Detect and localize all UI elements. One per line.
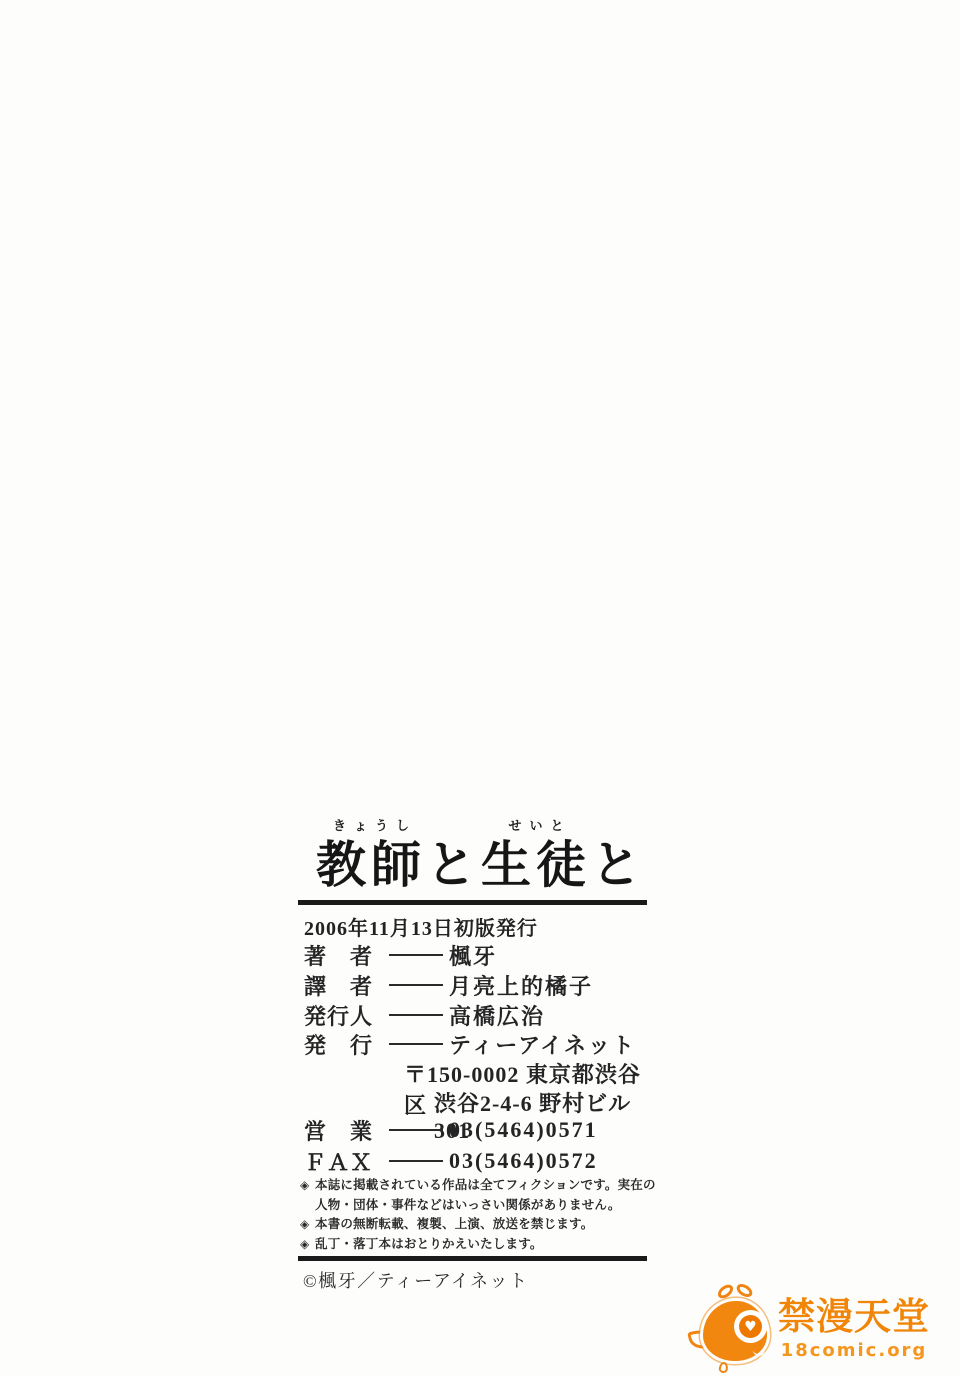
row-value: 03(5464)0572 (449, 1148, 598, 1174)
row-value: 高橋広治 (449, 1000, 545, 1031)
row-value: ティーアイネット (449, 1029, 636, 1060)
mascot-smile (753, 1349, 765, 1356)
row-value: 楓牙 (449, 940, 497, 971)
diamond-bullet-icon: ◈ (300, 1176, 315, 1196)
row-label: 譯 者 (304, 970, 374, 1001)
mascot-eye: ♥ (734, 1310, 767, 1343)
title-segment: せいと 生徒 (481, 815, 591, 897)
divider-top (298, 900, 647, 905)
title-segment: と (426, 815, 481, 897)
mascot-pupil: ♥ (739, 1315, 762, 1338)
diamond-bullet-icon: ◈ (300, 1215, 315, 1235)
info-row-author: 著 者 楓牙 (304, 941, 497, 969)
book-title: きょうし 教師 と せいと 生徒 と (316, 815, 646, 897)
furigana-text: きょうし (325, 815, 417, 834)
water-drop-icon (718, 1361, 728, 1373)
row-label: ＦＡＸ (304, 1146, 374, 1177)
title-text: 生徒 (481, 834, 591, 897)
row-label: 発 行 (304, 1029, 374, 1060)
title-text: と (426, 834, 481, 897)
furigana-text: せいと (500, 815, 571, 834)
dash-line (389, 1014, 443, 1016)
dash-line (389, 1129, 443, 1131)
dash-line (389, 1043, 443, 1045)
site-watermark: ♥ 禁漫天堂 18comic.org (698, 1282, 932, 1374)
sprout-leaf-icon (734, 1281, 754, 1299)
info-row-translator: 譯 者 月亮上的橘子 (304, 971, 593, 999)
publication-date: 2006年11月13日初版発行 (304, 912, 538, 941)
dash-line (389, 984, 443, 986)
watermark-text: 禁漫天堂 18comic.org (778, 1297, 930, 1361)
title-segment: と (591, 815, 646, 897)
note-text: 本誌に掲載されている作品は全てフィクションです。実在の (315, 1176, 656, 1196)
row-value: 月亮上的橘子 (449, 970, 593, 1001)
scanned-page: きょうし 教師 と せいと 生徒 と 2006年11月13日初版発行 著 者 楓… (0, 0, 960, 1376)
row-value: 03(5464)0571 (449, 1117, 598, 1143)
row-label: 著 者 (304, 940, 374, 971)
note-line: ◈ 本書の無断転載、複製、上演、放送を禁じます。 (300, 1215, 652, 1235)
note-text: 人物・団体・事件などはいっさい関係がありません。 (315, 1196, 621, 1216)
info-row-sales-phone: 営 業 03(5464)0571 (304, 1116, 598, 1144)
info-row-fax: ＦＡＸ 03(5464)0572 (304, 1147, 598, 1175)
site-name: 禁漫天堂 (778, 1297, 930, 1338)
row-label: 営 業 (304, 1115, 374, 1146)
colophon-block: きょうし 教師 と せいと 生徒 と 2006年11月13日初版発行 著 者 楓… (298, 815, 650, 1305)
divider-bottom (298, 1256, 647, 1261)
note-line: ◈ 本誌に掲載されている作品は全てフィクションです。実在の (300, 1176, 652, 1196)
note-line: ◈ 乱丁・落丁本はおとりかえいたします。 (300, 1235, 652, 1255)
title-segment: きょうし 教師 (316, 815, 426, 897)
site-url: 18comic.org (778, 1340, 930, 1361)
diamond-bullet-icon (300, 1196, 315, 1216)
note-text: 本書の無断転載、複製、上演、放送を禁じます。 (315, 1215, 593, 1235)
mascot-body: ♥ (700, 1298, 770, 1364)
title-text: 教師 (316, 834, 426, 897)
info-row-publisher: 発行人 高橋広治 (304, 1001, 545, 1029)
copyright-line: ©楓牙／ティーアイネット (303, 1267, 529, 1293)
title-text: と (591, 834, 646, 897)
row-label: 発行人 (304, 1000, 374, 1031)
dash-line (389, 954, 443, 956)
whale-mascot-icon: ♥ (698, 1284, 776, 1372)
info-row-imprint: 発 行 ティーアイネット (304, 1030, 636, 1058)
legal-notes: ◈ 本誌に掲載されている作品は全てフィクションです。実在の 人物・団体・事件など… (300, 1176, 652, 1254)
dash-line (389, 1160, 443, 1162)
note-text: 乱丁・落丁本はおとりかえいたします。 (315, 1235, 543, 1255)
note-line: 人物・団体・事件などはいっさい関係がありません。 (300, 1196, 652, 1216)
heart-icon: ♥ (744, 1320, 757, 1334)
diamond-bullet-icon: ◈ (300, 1235, 315, 1255)
